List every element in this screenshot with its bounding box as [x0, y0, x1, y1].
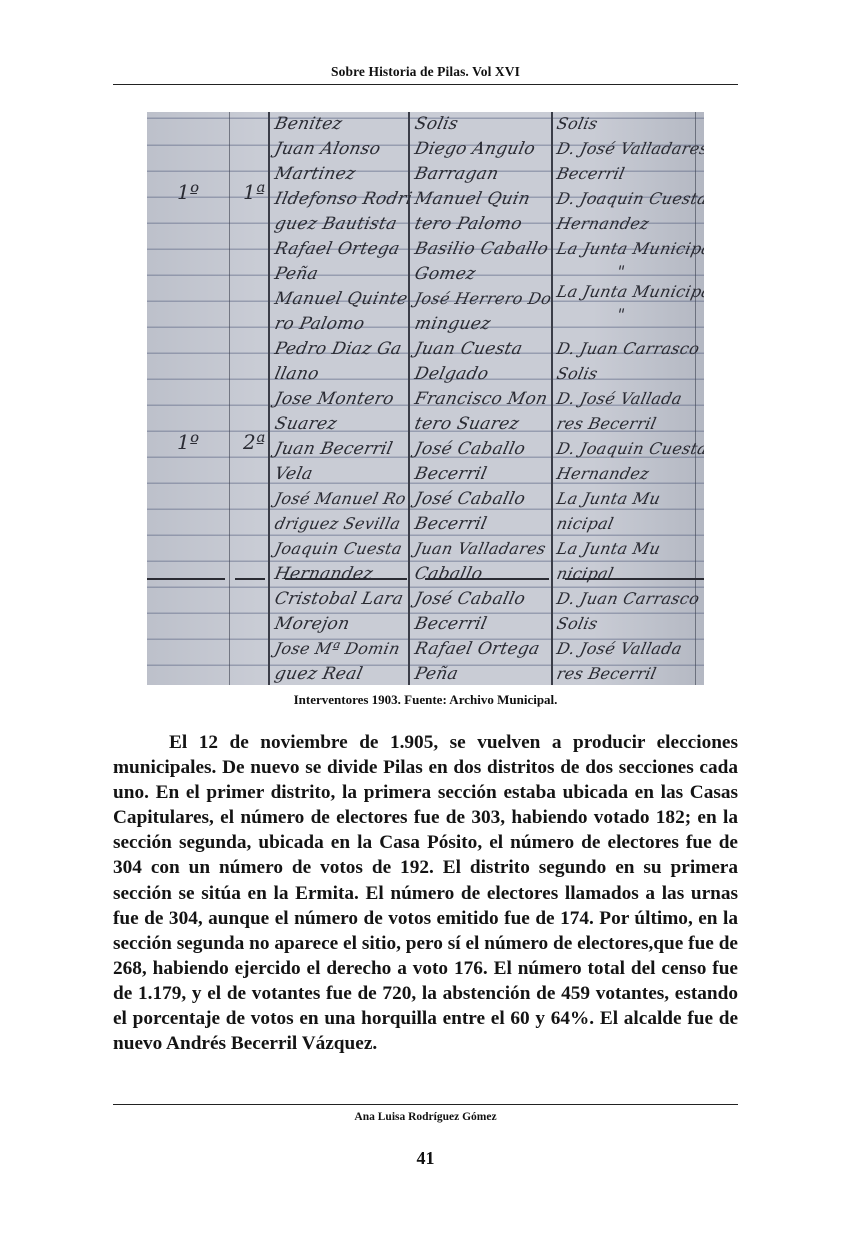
ledger-entry: Becerril	[413, 464, 489, 484]
body-paragraph: El 12 de noviembre de 1.905, se vuelven …	[113, 730, 738, 1056]
ledger-entry: guez Bautista	[273, 214, 399, 234]
ledger-entry: La Junta Mu	[555, 539, 662, 558]
section-separator	[425, 578, 549, 580]
ledger-entry: La Junta Mu	[555, 489, 662, 508]
ledger-entry: Becerril	[413, 614, 489, 634]
ledger-entry: minguez	[413, 314, 493, 334]
ledger-column-divider	[229, 112, 230, 685]
ledger-entry: Juan Valladares	[413, 539, 548, 558]
footer-author: Ana Luisa Rodríguez Gómez	[113, 1111, 738, 1123]
ledger-entry: Juan Becerril	[273, 439, 395, 459]
section-mark: 2ª	[243, 430, 265, 454]
ledger-entry: Rafael Ortega	[413, 639, 542, 659]
ledger-entry: Suarez	[273, 414, 339, 434]
ledger-entry: D. Juan Carrasco	[555, 339, 701, 358]
ledger-column-divider	[551, 112, 553, 685]
ledger-entry: D. José Vallada	[555, 639, 684, 658]
ledger-entry: Solis	[555, 364, 600, 383]
ledger-entry: Caballo	[413, 564, 485, 584]
ledger-entry: Juan Cuesta	[413, 339, 525, 359]
ledger-entry: Martinez	[273, 164, 358, 184]
ledger-entry: nicipal	[555, 564, 616, 583]
ledger-entry: llano	[273, 364, 321, 384]
running-header: Sobre Historia de Pilas. Vol XVI	[113, 64, 738, 80]
section-separator	[565, 578, 704, 580]
ledger-entry: José Caballo	[413, 439, 527, 459]
district-mark: 1º	[177, 180, 199, 204]
ledger-entry: La Junta Municipal	[555, 239, 704, 258]
ledger-entry: tero Suarez	[413, 414, 521, 434]
ledger-entry: Manuel Quin	[413, 189, 532, 209]
ledger-entry: Rafael Ortega	[273, 239, 402, 259]
ledger-entry: Jose Montero	[273, 389, 396, 409]
ledger-entry: D. Juan Carrasco	[555, 589, 701, 608]
ledger-entry: tero Palomo	[413, 214, 524, 234]
ledger-photo: 1º 1ª 1º 2ª Benitez Juan Alonso Martinez…	[147, 112, 704, 685]
ledger-entry: Jose Mª Domin	[273, 639, 402, 658]
footer-rule	[113, 1104, 738, 1105]
ledger-entry: ro Palomo	[273, 314, 367, 334]
ledger-entry: Pedro Diaz Ga	[273, 339, 404, 359]
ledger-entry: driguez Sevilla	[273, 514, 402, 533]
page-number: 41	[113, 1148, 738, 1169]
ledger-entry: Barragan	[413, 164, 501, 184]
ledger-entry: Basilio Caballo	[413, 239, 550, 259]
ledger-entry: José Caballo	[413, 489, 527, 509]
section-separator	[285, 578, 407, 580]
ledger-entry: La Junta Municipal	[555, 282, 704, 301]
ledger-entry: Solis	[555, 614, 600, 633]
ledger-entry: Joaquin Cuesta	[273, 539, 404, 558]
ledger-column-divider	[268, 112, 270, 685]
ledger-entry: Cristobal Lara	[273, 589, 405, 609]
ledger-entry: D. José Vallada	[555, 389, 684, 408]
ledger-entry: Francisco Mon	[413, 389, 550, 409]
ledger-entry: Becerril	[413, 514, 489, 534]
ledger-entry: Juan Alonso	[273, 139, 383, 159]
ledger-entry: José Caballo	[413, 589, 527, 609]
ledger-entry: Solis	[413, 114, 460, 134]
ledger-entry: José Herrero Do	[413, 289, 553, 308]
ledger-entry: Solis	[555, 114, 600, 133]
ledger-entry: Hernandez	[555, 214, 651, 233]
ledger-entry: Peña	[273, 264, 320, 284]
ledger-entry: Diego Angulo	[413, 139, 537, 159]
ledger-entry: res Becerril	[555, 664, 658, 683]
ledger-entry: Benitez	[273, 114, 344, 134]
ledger-entry: res Becerril	[555, 414, 658, 433]
ledger-entry: Peña	[413, 664, 460, 684]
ledger-entry: Becerril	[555, 164, 627, 183]
header-rule	[113, 84, 738, 85]
ledger-entry: Morejon	[273, 614, 352, 634]
ledger-entry: Vela	[273, 464, 315, 484]
ledger-entry: guez Real	[273, 664, 365, 684]
section-mark: 1ª	[243, 180, 265, 204]
section-separator	[235, 578, 265, 580]
ledger-entry: nicipal	[555, 514, 616, 533]
ledger-entry: Manuel Quinte	[273, 289, 410, 309]
ledger-entry: Gomez	[413, 264, 478, 284]
ledger-entry: Hernandez	[273, 564, 375, 584]
ledger-entry: D. Joaquin Cuesta	[555, 439, 704, 458]
ledger-entry: Ildefonso Rodri	[273, 189, 414, 209]
ledger-entry: D. Joaquin Cuesta	[555, 189, 704, 208]
ledger-entry: D. José Valladares	[555, 139, 704, 158]
ledger-entry: Hernandez	[555, 464, 651, 483]
ledger-entry: Delgado	[413, 364, 491, 384]
section-separator	[147, 578, 225, 580]
figure-caption: Interventores 1903. Fuente: Archivo Muni…	[113, 692, 738, 708]
body-text: El 12 de noviembre de 1.905, se vuelven …	[113, 730, 738, 1056]
ledger-entry: José Manuel Ro	[273, 489, 408, 508]
district-mark: 1º	[177, 430, 199, 454]
